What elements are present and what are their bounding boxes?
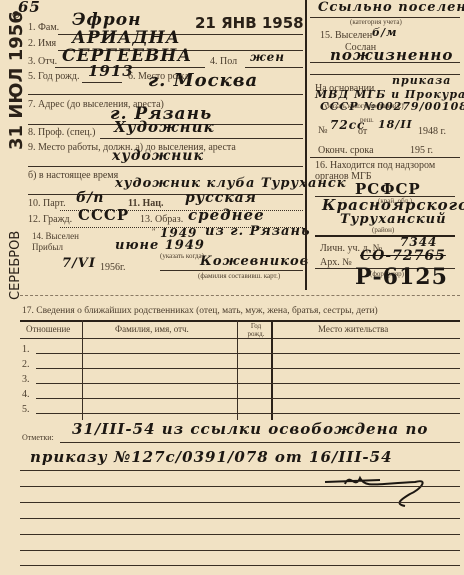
notes-line-1: 31/III-54 из ссылки освобождена по [72,420,428,438]
specify-when-label: (указать когда) [160,252,204,260]
relative-row-number: 1. [22,344,30,355]
notes-line [20,486,460,487]
patronymic-label: 3. Отч. [28,56,57,67]
profession-value: Художник [114,118,215,136]
from-label: от [358,126,367,137]
birth-year-value: 1913 [88,62,134,80]
notes-line [60,442,460,443]
column-divider [305,0,307,290]
term-value: 195 г. [410,145,433,156]
row-line [36,353,460,354]
notes-line [20,518,460,519]
year-value: 1948 г. [418,126,446,137]
category-label: (категория учета) [350,18,402,26]
col-divider [237,320,238,420]
sex-label: 4. Пол [210,56,237,67]
notes-line [20,502,460,503]
workplace-now-label: б) в настоящее время [28,170,118,181]
birth-year-label: 5. Год рожд. [28,71,79,82]
notes-line-2: приказу №127с/0391/078 от 16/III-54 [30,448,393,466]
side-date-stamp: 31 ИЮЛ 1956 [6,11,27,150]
sex-value: жен [250,50,285,64]
row-line [36,413,460,414]
nationality-value: русская [185,190,257,206]
citizenship-value: СССР [78,206,129,224]
col-divider [271,320,273,420]
divider [245,67,303,68]
arrived-value: июне 1949 [115,238,205,253]
workplace-before-value: художник [112,148,204,164]
notes-label: Отметки: [22,433,54,442]
divider [20,338,460,339]
nationality-label: 11. Нац. [128,198,164,209]
relative-row-number: 2. [22,359,30,370]
personal-file-value: 7344 [400,235,437,249]
registration-card: 65 ◓ 31 ИЮЛ 1956 СЕРЕБРОВ 1. Фам. Эфрон … [0,0,464,575]
party-value: б/п [76,190,104,206]
divider [82,82,122,83]
district-label: (район) [372,226,394,234]
form-value: Р-6125 [355,264,448,290]
supervision-label: 16. Находится под надзором органов МГБ [315,160,455,182]
divider [28,194,303,195]
party-label: 10. Парт. [28,198,66,209]
col-header-name: Фамилия, имя, отч. [115,324,189,334]
notes-line [20,565,460,566]
signature-icon [320,470,430,510]
divider [28,166,303,167]
col-header-residence: Место жительства [318,324,388,334]
basis-value-1: приказа [392,74,451,87]
row-line [36,383,460,384]
basis-value-3: СССР №00279/00108 [320,100,464,113]
education-label: 13. Образ. [140,214,183,225]
workplace-now-value: художник клуба Туруханск [115,176,347,191]
deported-right-label: 15. Выселен [320,30,372,41]
compiler-label: (фамилия составивш. карт.) [198,272,280,280]
education-value: среднее [188,206,265,224]
col-divider [82,320,83,420]
deported-label: 14. Выселен [32,231,79,241]
surname-value: Эфрон [72,10,141,30]
surname-label: 1. Фам. [28,22,59,33]
divider [28,94,303,95]
row-line [36,398,460,399]
name-label: 2. Имя [28,38,56,49]
relative-row-number: 3. [22,374,30,385]
divider [100,138,303,139]
col-header-relation: Отношение [26,324,70,334]
arrived-label: Прибыл [32,242,63,252]
archive-label: Арх. № [320,257,352,268]
relatives-title: 17. Сведения о ближайших родственниках (… [22,306,378,316]
side-signature-stamp: СЕРЕБРОВ [8,231,23,300]
relative-row-number: 5. [22,404,30,415]
name-value: Ариадна [72,28,181,48]
compiler-value: Кожевников [200,254,309,269]
deported-from: из г. Рязань [205,224,311,239]
relative-row-number: 4. [22,389,30,400]
divider [20,295,460,296]
archive-value: СО-72765 [360,248,446,264]
divider [310,62,460,63]
notes-line [20,534,460,535]
birth-place-value: г. Москва [148,70,258,91]
profession-label: 8. Проф. (спец.) [28,127,95,138]
term-label: Оконч. срока [318,145,374,156]
row-line [36,368,460,369]
ditto-mark: ″ [152,227,156,237]
from-value: 18/II [378,118,413,131]
divider [160,270,303,271]
district-value: Туруханский [340,212,447,227]
date-signed-day: 7/VI [62,256,96,271]
col-header-birth-year: Год рожд. [242,322,270,338]
notes-line [20,550,460,551]
divider [310,157,460,158]
divider [20,320,460,322]
citizenship-label: 12. Гражд. [28,214,72,225]
date-signed-year: 1956г. [100,262,125,273]
deported-right-value: б/м [372,26,397,39]
category-value: Ссыльно поселен [318,0,464,15]
date-stamp: 21 ЯНВ 1958 [195,14,304,32]
repr-label: № [318,125,328,136]
repr-sup: реш. [360,116,374,124]
